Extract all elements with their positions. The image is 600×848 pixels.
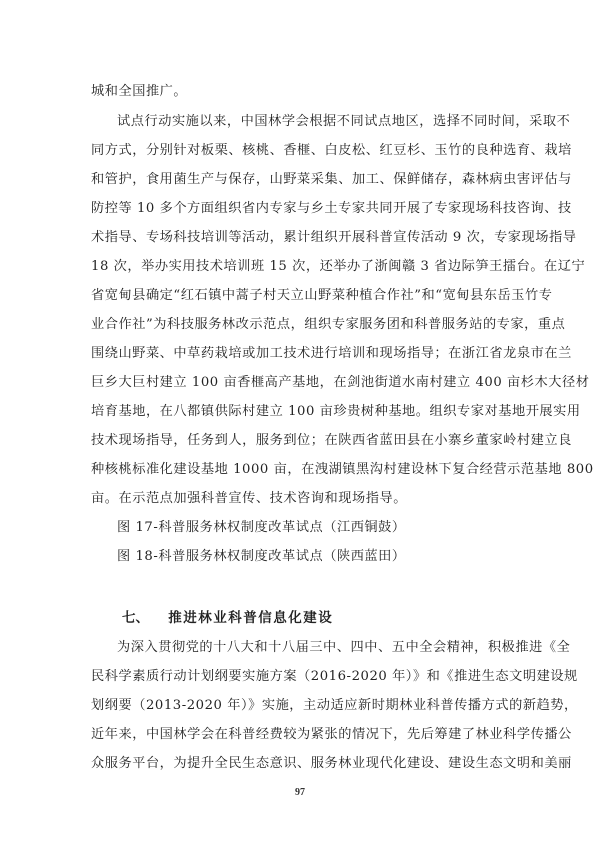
paragraph-line: 民科学素质行动计划纲要实施方案（2016-2020 年）》和《推进生态文明建设规 (91, 669, 511, 685)
paragraph-line: 亩。在示范点加强科普宣传、技术咨询和现场指导。 (91, 491, 511, 507)
paragraph-line: 近年来，中国林学会在科普经费较为紧张的情况下，先后筹建了林业科学传播公 (91, 727, 511, 743)
paragraph-line: 同方式，分别针对板栗、核桃、香榧、白皮松、红豆杉、玉竹的良种选育、栽培 (91, 143, 511, 159)
page-number: 97 (0, 787, 600, 798)
section-title: 推进林业科普信息化建设 (168, 610, 333, 626)
paragraph-line: 和管护，食用菌生产与保存，山野菜采集、加工、保鲜储存，森林病虫害评估与 (91, 172, 511, 188)
paragraph-line: 术指导、专场科技培训等活动，累计组织开展科普宣传活动 9 次，专家现场指导 (91, 230, 511, 246)
section-heading: 七、 推进林业科普信息化建设 (122, 610, 333, 626)
paragraph-line: 城和全国推广。 (91, 84, 511, 100)
paragraph-line: 省宽甸县确定“红石镇中蒿子村天立山野菜种植合作社”和“宽甸县东岳玉竹专 (91, 288, 511, 304)
paragraph-line: 18 次，举办实用技术培训班 15 次，还举办了浙闽赣 3 省边际笋王擂台。在辽… (91, 259, 511, 275)
paragraph-line: 围绕山野菜、中草药栽培或加工技术进行培训和现场指导；在浙江省龙泉市在兰 (91, 346, 511, 362)
paragraph-line: 巨乡大巨村建立 100 亩香榧高产基地，在剑池街道水南村建立 400 亩杉木大径… (91, 375, 511, 391)
figure-caption-17: 图 17-科普服务林权制度改革试点（江西铜鼓） (117, 520, 537, 536)
paragraph-line: 业合作社”为科技服务林改示范点，组织专家服务团和科普服务站的专家，重点 (91, 317, 511, 333)
paragraph-line: 众服务平台，为提升全民生态意识、服务林业现代化建设、建设生态文明和美丽 (91, 756, 511, 772)
paragraph-line: 为深入贯彻党的十八大和十八届三中、四中、五中全会精神，积极推进《全 (117, 640, 511, 656)
document-page: 城和全国推广。 试点行动实施以来，中国林学会根据不同试点地区，选择不同时间，采取… (0, 0, 600, 848)
paragraph-line: 试点行动实施以来，中国林学会根据不同试点地区，选择不同时间，采取不 (117, 114, 511, 130)
paragraph-line: 培育基地，在八都镇供际村建立 100 亩珍贵树种基地。组织专家对基地开展实用 (91, 404, 511, 420)
paragraph-line: 划纲要（2013-2020 年）》实施，主动适应新时期林业科普传播方式的新趋势， (91, 698, 511, 714)
section-number: 七、 (122, 610, 162, 626)
figure-caption-18: 图 18-科普服务林权制度改革试点（陕西蓝田） (117, 549, 537, 565)
paragraph-line: 防控等 10 多个方面组织省内专家与乡土专家共同开展了专家现场科技咨询、技 (91, 201, 511, 217)
paragraph-line: 种核桃标准化建设基地 1000 亩，在洩湖镇黑沟村建设林下复合经营示范基地 80… (91, 462, 511, 478)
paragraph-line: 技术现场指导，任务到人，服务到位；在陕西省蓝田县在小寨乡董家岭村建立良 (91, 433, 511, 449)
